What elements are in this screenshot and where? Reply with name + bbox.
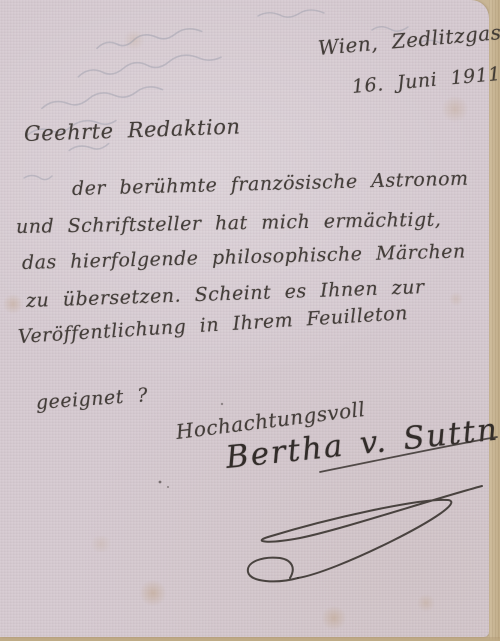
page-edge <box>489 0 500 641</box>
page-bottom-edge <box>0 637 500 641</box>
